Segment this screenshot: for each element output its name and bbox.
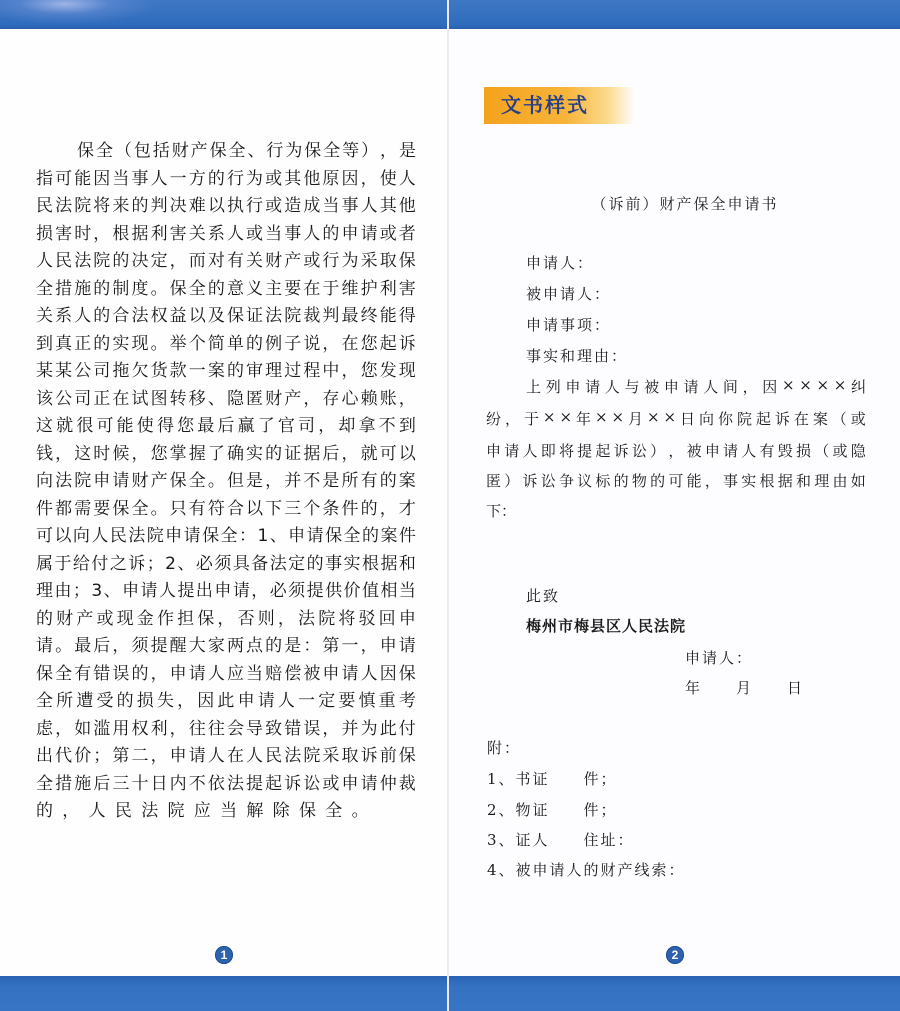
field-facts-reasons: 事实和理由： <box>526 345 628 366</box>
paragraph-line: 全措施后三十日内不依法提起诉讼或申请仲裁 <box>36 771 416 799</box>
paragraph-line: 钱，这时候，您掌握了确实的证据后，就可以 <box>36 441 416 469</box>
paragraph-line: 某某公司拖欠货款一案的审理过程中，您发现 <box>36 358 416 386</box>
field-applicant: 申请人： <box>526 252 594 273</box>
left-page: 保全（包括财产保全、行为保全等），是指可能因当事人一方的行为或其他原因，使人民法… <box>0 0 448 1011</box>
paragraph-line: 人民法院的决定，而对有关财产或行为采取保 <box>36 248 416 276</box>
page-number-badge: 1 <box>215 946 233 964</box>
date-line: 年 月 日 <box>685 677 804 698</box>
attachment-item: 2、物证 件； <box>487 799 618 820</box>
top-blue-band <box>0 0 448 29</box>
facts-paragraph-line: 申请人即将提起诉讼），被申请人有毁损（或隐 <box>486 440 866 461</box>
facts-paragraph-line: 上列申请人与被申请人间，因××××纠 <box>526 376 866 397</box>
paragraph-line: 全所遭受的损失，因此申请人一定要慎重考 <box>36 688 416 716</box>
top-blue-band <box>449 0 900 29</box>
court-name: 梅州市梅县区人民法院 <box>526 615 686 636</box>
facts-paragraph-line: 匿）诉讼争议标的物的可能，事实根据和理由如 <box>486 470 866 491</box>
paragraph-line: 虑，如滥用权利，往往会导致错误，并为此付 <box>36 716 416 744</box>
document-title: （诉前）财产保全申请书 <box>470 193 900 214</box>
paragraph-line: 可以向人民法院申请保全：1、申请保全的案件 <box>36 523 416 551</box>
facts-paragraph-line: 下： <box>486 500 866 521</box>
salutation: 此致 <box>526 585 560 606</box>
paragraph-line: 向法院申请财产保全。但是，并不是所有的案 <box>36 468 416 496</box>
paragraph-line: 理由；3、申请人提出申请，必须提供价值相当 <box>36 578 416 606</box>
paragraph-line: 请。最后，须提醒大家两点的是：第一，申请 <box>36 633 416 661</box>
paragraph-line: 件都需要保全。只有符合以下三个条件的，才 <box>36 496 416 524</box>
paragraph-line: 属于给付之诉；2、必须具备法定的事实根据和 <box>36 551 416 579</box>
paragraph-line: 全措施的制度。保全的意义主要在于维护利害 <box>36 276 416 304</box>
attachments-heading: 附： <box>487 737 521 758</box>
section-badge-label: 文书样式 <box>501 91 589 119</box>
paragraph-line: 这就很可能使得您最后赢了官司，却拿不到 <box>36 413 416 441</box>
attachment-item: 3、证人 住址： <box>487 829 635 850</box>
paragraph-line: 出代价；第二，申请人在人民法院采取诉前保 <box>36 743 416 771</box>
paragraph-line: 关系人的合法权益以及保证法院裁判最终能得 <box>36 303 416 331</box>
paragraph-line: 该公司正在试图转移、隐匿财产，存心赖账， <box>36 386 416 414</box>
section-badge: 文书样式 <box>484 87 634 124</box>
page-number-badge: 2 <box>666 946 684 964</box>
paragraph-line: 损害时，根据利害关系人或当事人的申请或者 <box>36 221 416 249</box>
paragraph-line: 的，人民法院应当解除保全。 <box>36 798 416 826</box>
attachment-item: 1、书证 件； <box>487 768 618 789</box>
paragraph-line: 保全有错误的，申请人应当赔偿被申请人因保 <box>36 661 416 689</box>
paragraph-line: 保全（包括财产保全、行为保全等），是 <box>36 138 416 166</box>
paragraph-line: 民法院将来的判决难以执行或造成当事人其他 <box>36 193 416 221</box>
bottom-blue-band <box>449 976 900 1011</box>
attachment-item: 4、被申请人的财产线索： <box>487 859 686 880</box>
signature-label: 申请人： <box>685 647 753 668</box>
paragraph-line: 的财产或现金作担保，否则，法院将驳回申 <box>36 606 416 634</box>
preservation-explanation: 保全（包括财产保全、行为保全等），是指可能因当事人一方的行为或其他原因，使人民法… <box>36 138 416 826</box>
facts-paragraph-line: 纷，于××年××月××日向你院起诉在案（或 <box>486 408 866 429</box>
paragraph-line: 到真正的实现。举个简单的例子说，在您起诉 <box>36 331 416 359</box>
bottom-blue-band <box>0 976 448 1011</box>
field-respondent: 被申请人： <box>526 283 611 304</box>
paragraph-line: 指可能因当事人一方的行为或其他原因，使人 <box>36 166 416 194</box>
field-request-items: 申请事项： <box>526 314 611 335</box>
